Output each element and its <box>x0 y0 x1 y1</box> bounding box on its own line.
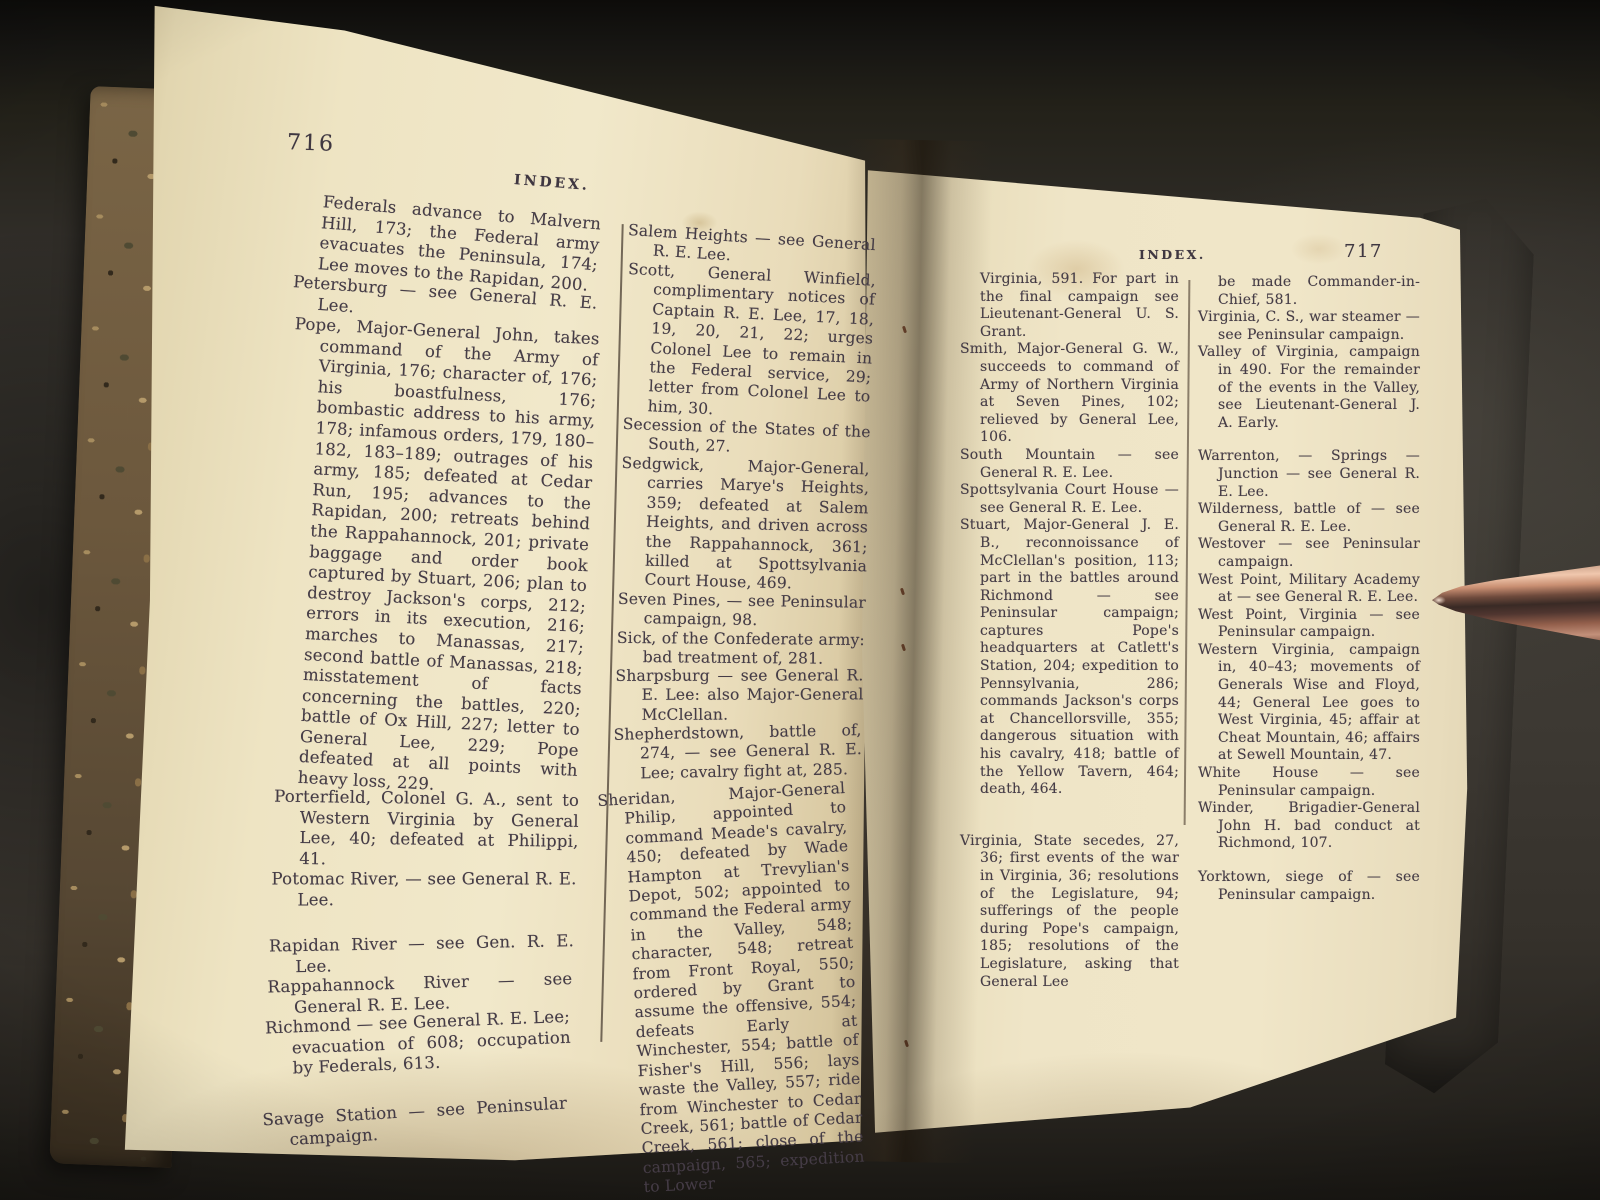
index-entry: Scott, General Winfield, complimentary n… <box>621 260 876 427</box>
index-entry: South Mountain — see General R. E. Lee. <box>960 447 1179 482</box>
book-photograph: 716 INDEX. Federals advance to Malvern H… <box>0 0 1600 1200</box>
index-entry: Potomac River, — see General R. E. Lee. <box>272 869 577 910</box>
page-number-716: 716 <box>287 130 336 157</box>
index-entry: Wilderness, battle of — see General R. E… <box>1198 501 1420 536</box>
index-entry: Secession of the States of the South, 27… <box>622 415 871 462</box>
index-column-717-right: be made Commander-in-Chief, 581.Virginia… <box>1198 274 1420 904</box>
index-entry: Spottsylvania Court House — see General … <box>960 482 1179 517</box>
index-entry: Winder, Brigadier-General John H. bad co… <box>1198 800 1420 853</box>
index-entry: Savage Station — see Peninsular campaign… <box>262 1093 569 1151</box>
index-entry: Sick, of the Confederate army: bad treat… <box>617 628 865 669</box>
index-entry: Richmond — see General R. E. Lee; evacua… <box>265 1007 572 1080</box>
index-entry: Warrenton, — Springs — Junction — see Ge… <box>1198 448 1420 501</box>
index-entry: West Point, Military Academy at — see Ge… <box>1198 572 1420 607</box>
index-entry: Westover — see Peninsular campaign. <box>1198 536 1420 571</box>
index-entry: Seven Pines, — see Peninsular campaign, … <box>618 590 867 633</box>
running-head-717: INDEX. <box>1139 247 1206 262</box>
index-entry: Yorktown, siege of — see Peninsular camp… <box>1198 869 1420 904</box>
index-entry: Valley of Virginia, campaign in 490. For… <box>1198 344 1420 432</box>
index-entry: Western Virginia, campaign in, 40–43; mo… <box>1198 642 1420 765</box>
index-column-717-left: Virginia, 591. For part in the final cam… <box>960 271 1179 991</box>
page-number-717: 717 <box>1344 241 1383 262</box>
index-entry: Sedgwick, Major-General, carries Marye's… <box>618 454 869 596</box>
index-entry: Shepherdstown, battle of, 274, — see Gen… <box>613 721 862 784</box>
index-entry: Sharpsburg — see General R. E. Lee: also… <box>616 667 864 726</box>
index-entry: Sheridan, Major-General Philip, appointe… <box>597 779 866 1199</box>
index-entry: Smith, Major-General G. W., succeeds to … <box>960 341 1179 447</box>
index-column-716-left: Federals advance to Malvern Hill, 173; t… <box>262 190 600 1162</box>
index-entry: Porterfield, Colonel G. A., sent to West… <box>273 787 579 874</box>
index-entry: Virginia, State secedes, 27, 36; first e… <box>960 833 1179 991</box>
index-column-716-right: Salem Heights — see General R. E. Lee.Sc… <box>602 221 876 1200</box>
index-entry: Pope, Major-General John, takes command … <box>271 314 600 802</box>
index-entry: West Point, Virginia — see Peninsular ca… <box>1198 607 1420 642</box>
index-entry: Virginia, 591. For part in the final cam… <box>960 271 1179 341</box>
index-entry: be made Commander-in-Chief, 581. <box>1198 274 1420 309</box>
index-entry: Stuart, Major-General J. E. B., reconnoi… <box>960 517 1179 799</box>
index-entry: Virginia, C. S., war steamer — see Penin… <box>1198 309 1420 344</box>
index-entry: White House — see Peninsular campaign. <box>1198 765 1420 800</box>
